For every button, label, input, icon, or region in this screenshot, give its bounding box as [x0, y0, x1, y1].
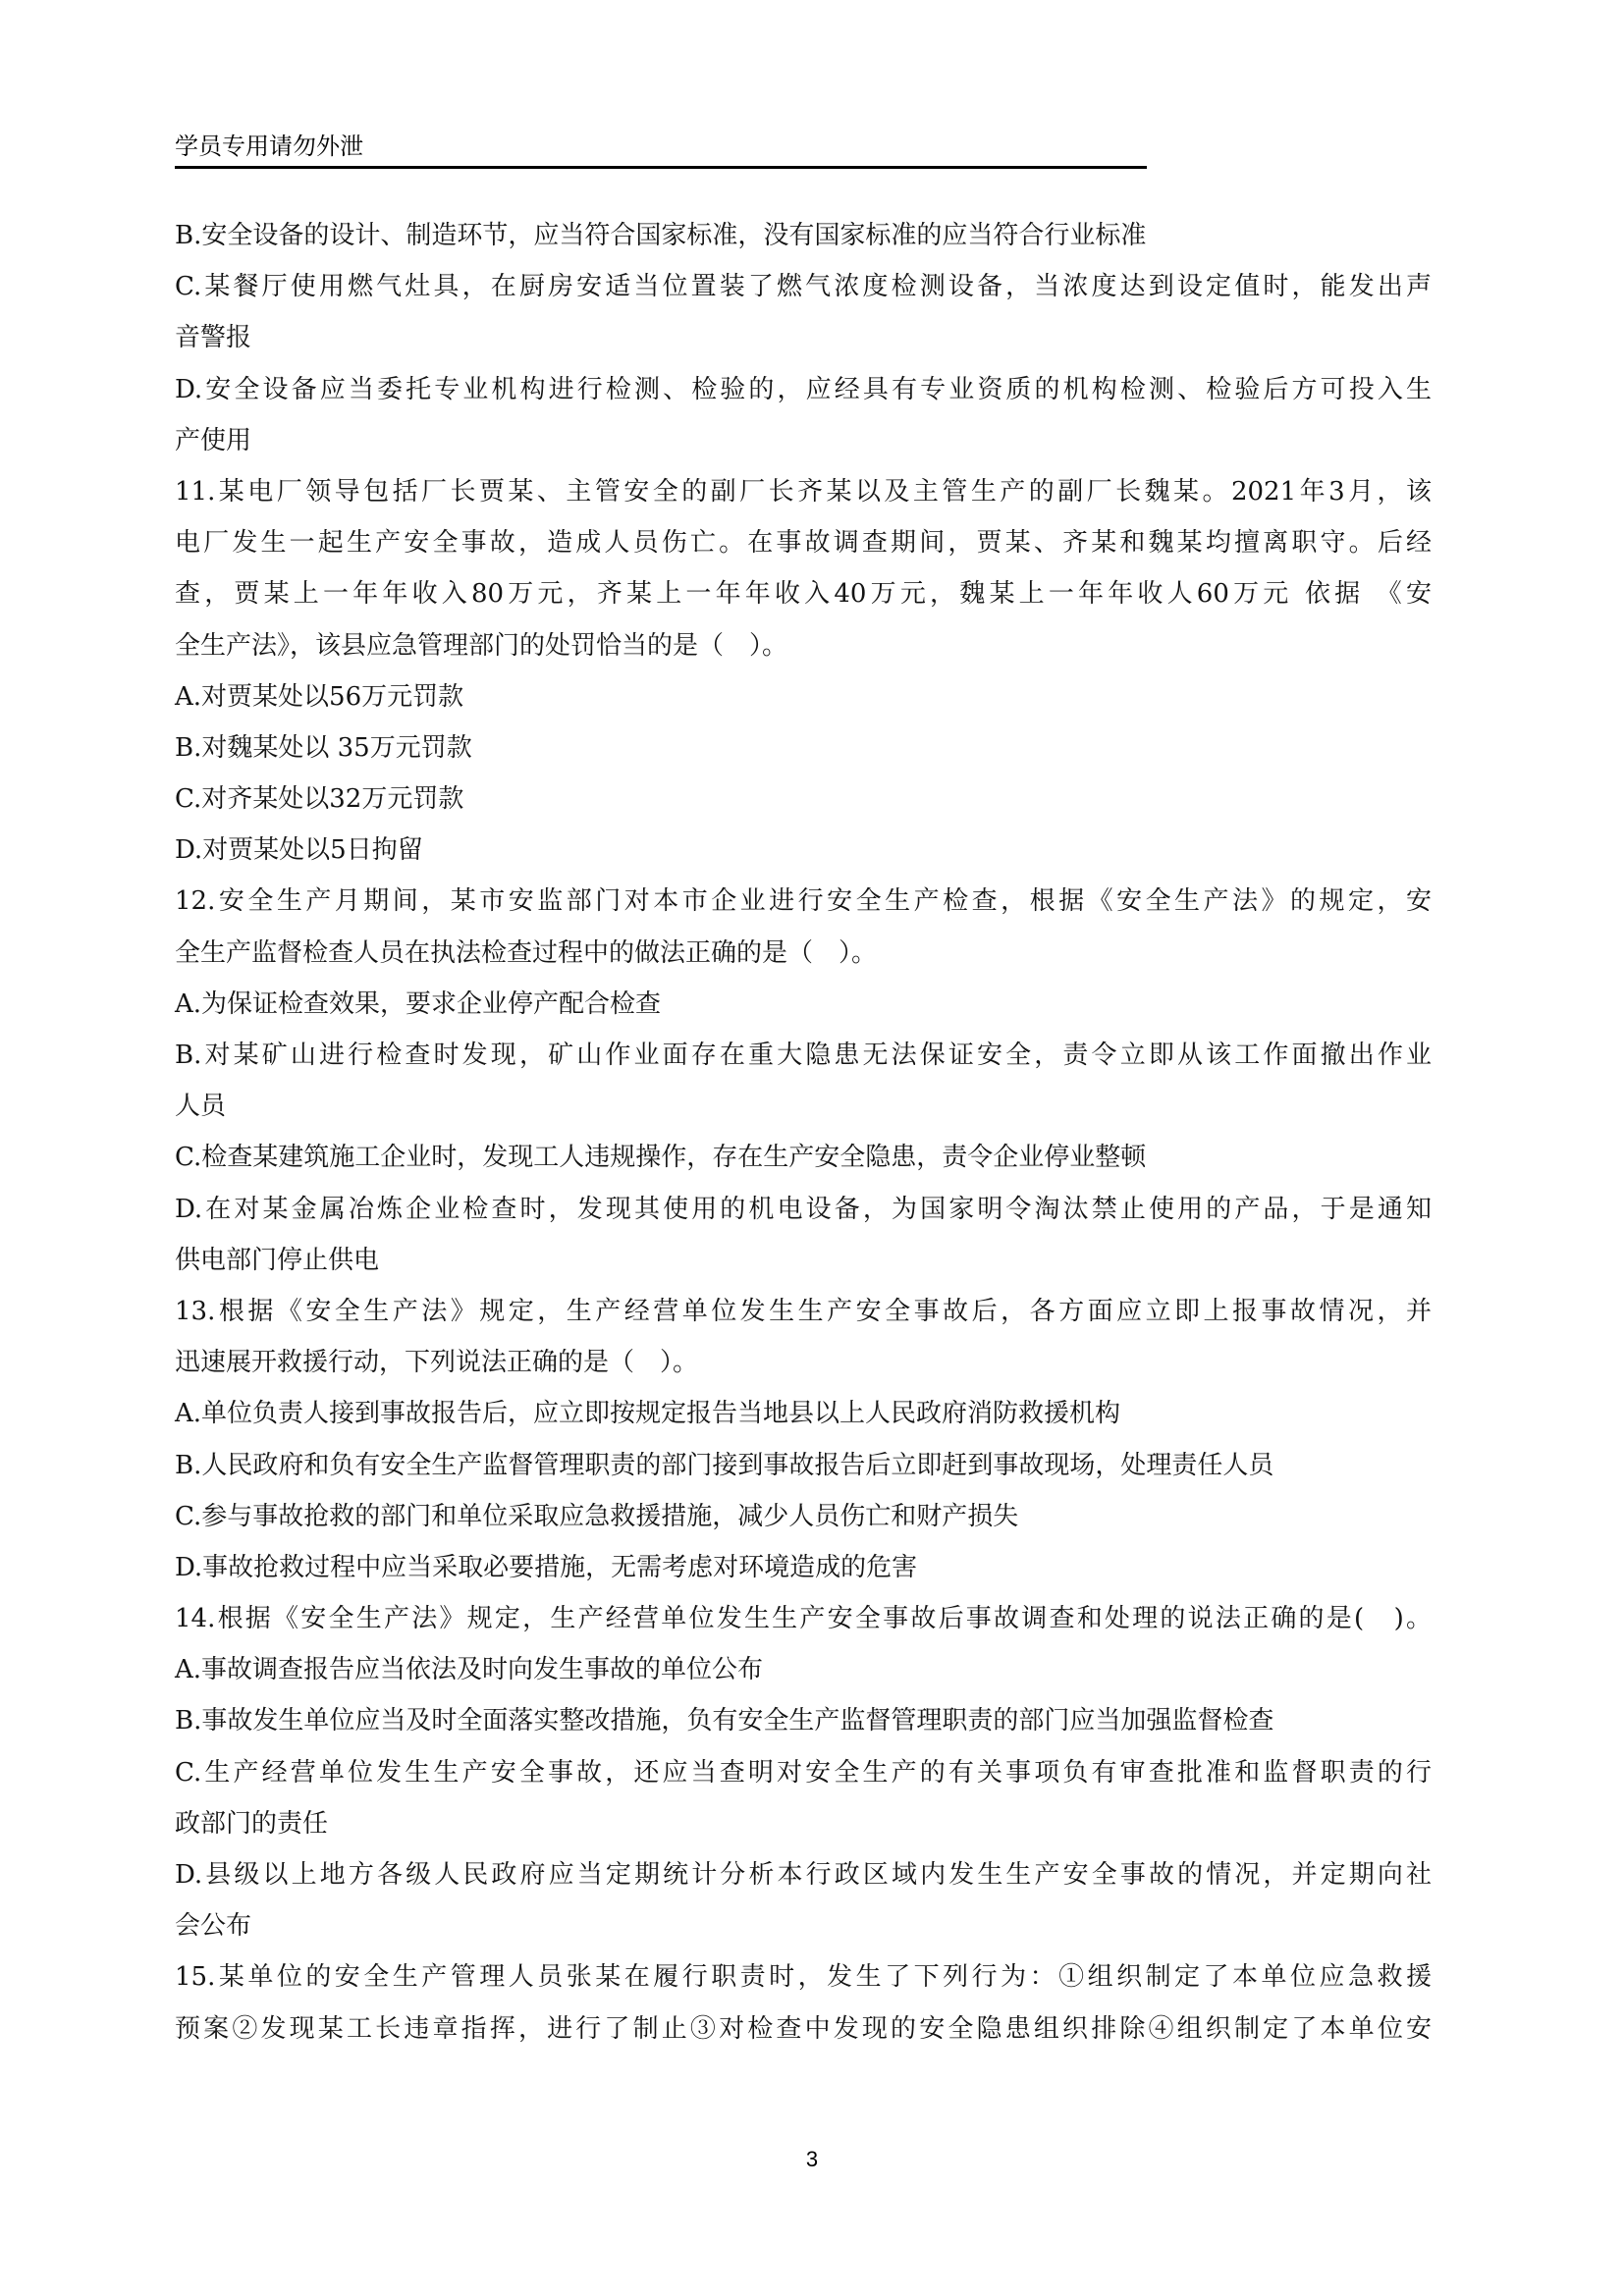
- option-c: C.生产经营单位发生生产安全事故，还应当查明对安全生产的有关事项负有审查批准和监…: [175, 1747, 1432, 1798]
- option-a: A.事故调查报告应当依法及时向发生事故的单位公布: [175, 1644, 1432, 1695]
- question-15-line: 15.某单位的安全生产管理人员张某在履行职责时，发生了下列行为：①组织制定了本单…: [175, 1951, 1432, 2002]
- text-line: C.某餐厅使用燃气灶具，在厨房安适当位置装了燃气浓度检测设备，当浓度达到设定值时…: [175, 261, 1432, 312]
- document-body: B.安全设备的设计、制造环节，应当符合国家标准，没有国家标准的应当符合行业标准 …: [175, 210, 1432, 2055]
- text-line: D.安全设备应当委托专业机构进行检测、检验的，应经具有专业资质的机构检测、检验后…: [175, 364, 1432, 415]
- text-line: 全生产法》，该县应急管理部门的处罚恰当的是（ ）。: [175, 620, 1432, 671]
- option-d: D.对贾某处以5日拘留: [175, 825, 1432, 876]
- text-line: B.安全设备的设计、制造环节，应当符合国家标准，没有国家标准的应当符合行业标准: [175, 210, 1432, 261]
- header-title: 学员专用请勿外泄: [175, 132, 363, 161]
- option-c: C.参与事故抢救的部门和单位采取应急救援措施，减少人员伤亡和财产损失: [175, 1491, 1432, 1542]
- page-number: 3: [0, 2146, 1624, 2173]
- question-13-line: 13.根据《安全生产法》规定，生产经营单位发生生产安全事故后，各方面应立即上报事…: [175, 1286, 1432, 1337]
- option-d: D.在对某金属冶炼企业检查时，发现其使用的机电设备，为国家明令淘汰禁止使用的产品…: [175, 1184, 1432, 1235]
- option-c: C.对齐某处以32万元罚款: [175, 774, 1432, 825]
- option-b: B.对魏某处以 35万元罚款: [175, 722, 1432, 774]
- question-12-line: 12.安全生产月期间，某市安监部门对本市企业进行安全生产检查，根据《安全生产法》…: [175, 876, 1432, 927]
- question-14-line: 14.根据《安全生产法》规定，生产经营单位发生生产安全事故后事故调查和处理的说法…: [175, 1593, 1432, 1644]
- option-d: D.县级以上地方各级人民政府应当定期统计分析本行政区域内发生生产安全事故的情况，…: [175, 1849, 1432, 1900]
- text-line: 查，贾某上一年年收入80万元，齐某上一年年收入40万元，魏某上一年年收人60万元…: [175, 568, 1432, 619]
- text-line: 会公布: [175, 1900, 1432, 1951]
- text-line: 产使用: [175, 415, 1432, 466]
- text-line: 迅速展开救援行动，下列说法正确的是（ ）。: [175, 1337, 1432, 1388]
- question-11-line: 11.某电厂领导包括厂长贾某、主管安全的副厂长齐某以及主管生产的副厂长魏某。20…: [175, 466, 1432, 517]
- page-header: 学员专用请勿外泄: [175, 132, 1147, 169]
- text-line: 全生产监督检查人员在执法检查过程中的做法正确的是（ ）。: [175, 928, 1432, 979]
- text-line: 供电部门停止供电: [175, 1235, 1432, 1286]
- option-c: C.检查某建筑施工企业时，发现工人违规操作，存在生产安全隐患，责令企业停业整顿: [175, 1132, 1432, 1183]
- option-d: D.事故抢救过程中应当采取必要措施，无需考虑对环境造成的危害: [175, 1542, 1432, 1593]
- text-line: 人员: [175, 1081, 1432, 1132]
- option-a: A.为保证检查效果，要求企业停产配合检查: [175, 979, 1432, 1030]
- text-line: 音警报: [175, 312, 1432, 363]
- text-line: 电厂发生一起生产安全事故，造成人员伤亡。在事故调查期间，贾某、齐某和魏某均擅离职…: [175, 517, 1432, 568]
- text-line: 政部门的责任: [175, 1798, 1432, 1849]
- option-b: B.对某矿山进行检查时发现，矿山作业面存在重大隐患无法保证安全，责令立即从该工作…: [175, 1030, 1432, 1081]
- option-b: B.人民政府和负有安全生产监督管理职责的部门接到事故报告后立即赶到事故现场，处理…: [175, 1440, 1432, 1491]
- text-line: 预案②发现某工长违章指挥，进行了制止③对检查中发现的安全隐患组织排除④组织制定了…: [175, 2003, 1432, 2055]
- option-a: A.单位负责人接到事故报告后，应立即按规定报告当地县以上人民政府消防救援机构: [175, 1388, 1432, 1439]
- option-a: A.对贾某处以56万元罚款: [175, 671, 1432, 722]
- option-b: B.事故发生单位应当及时全面落实整改措施，负有安全生产监督管理职责的部门应当加强…: [175, 1695, 1432, 1746]
